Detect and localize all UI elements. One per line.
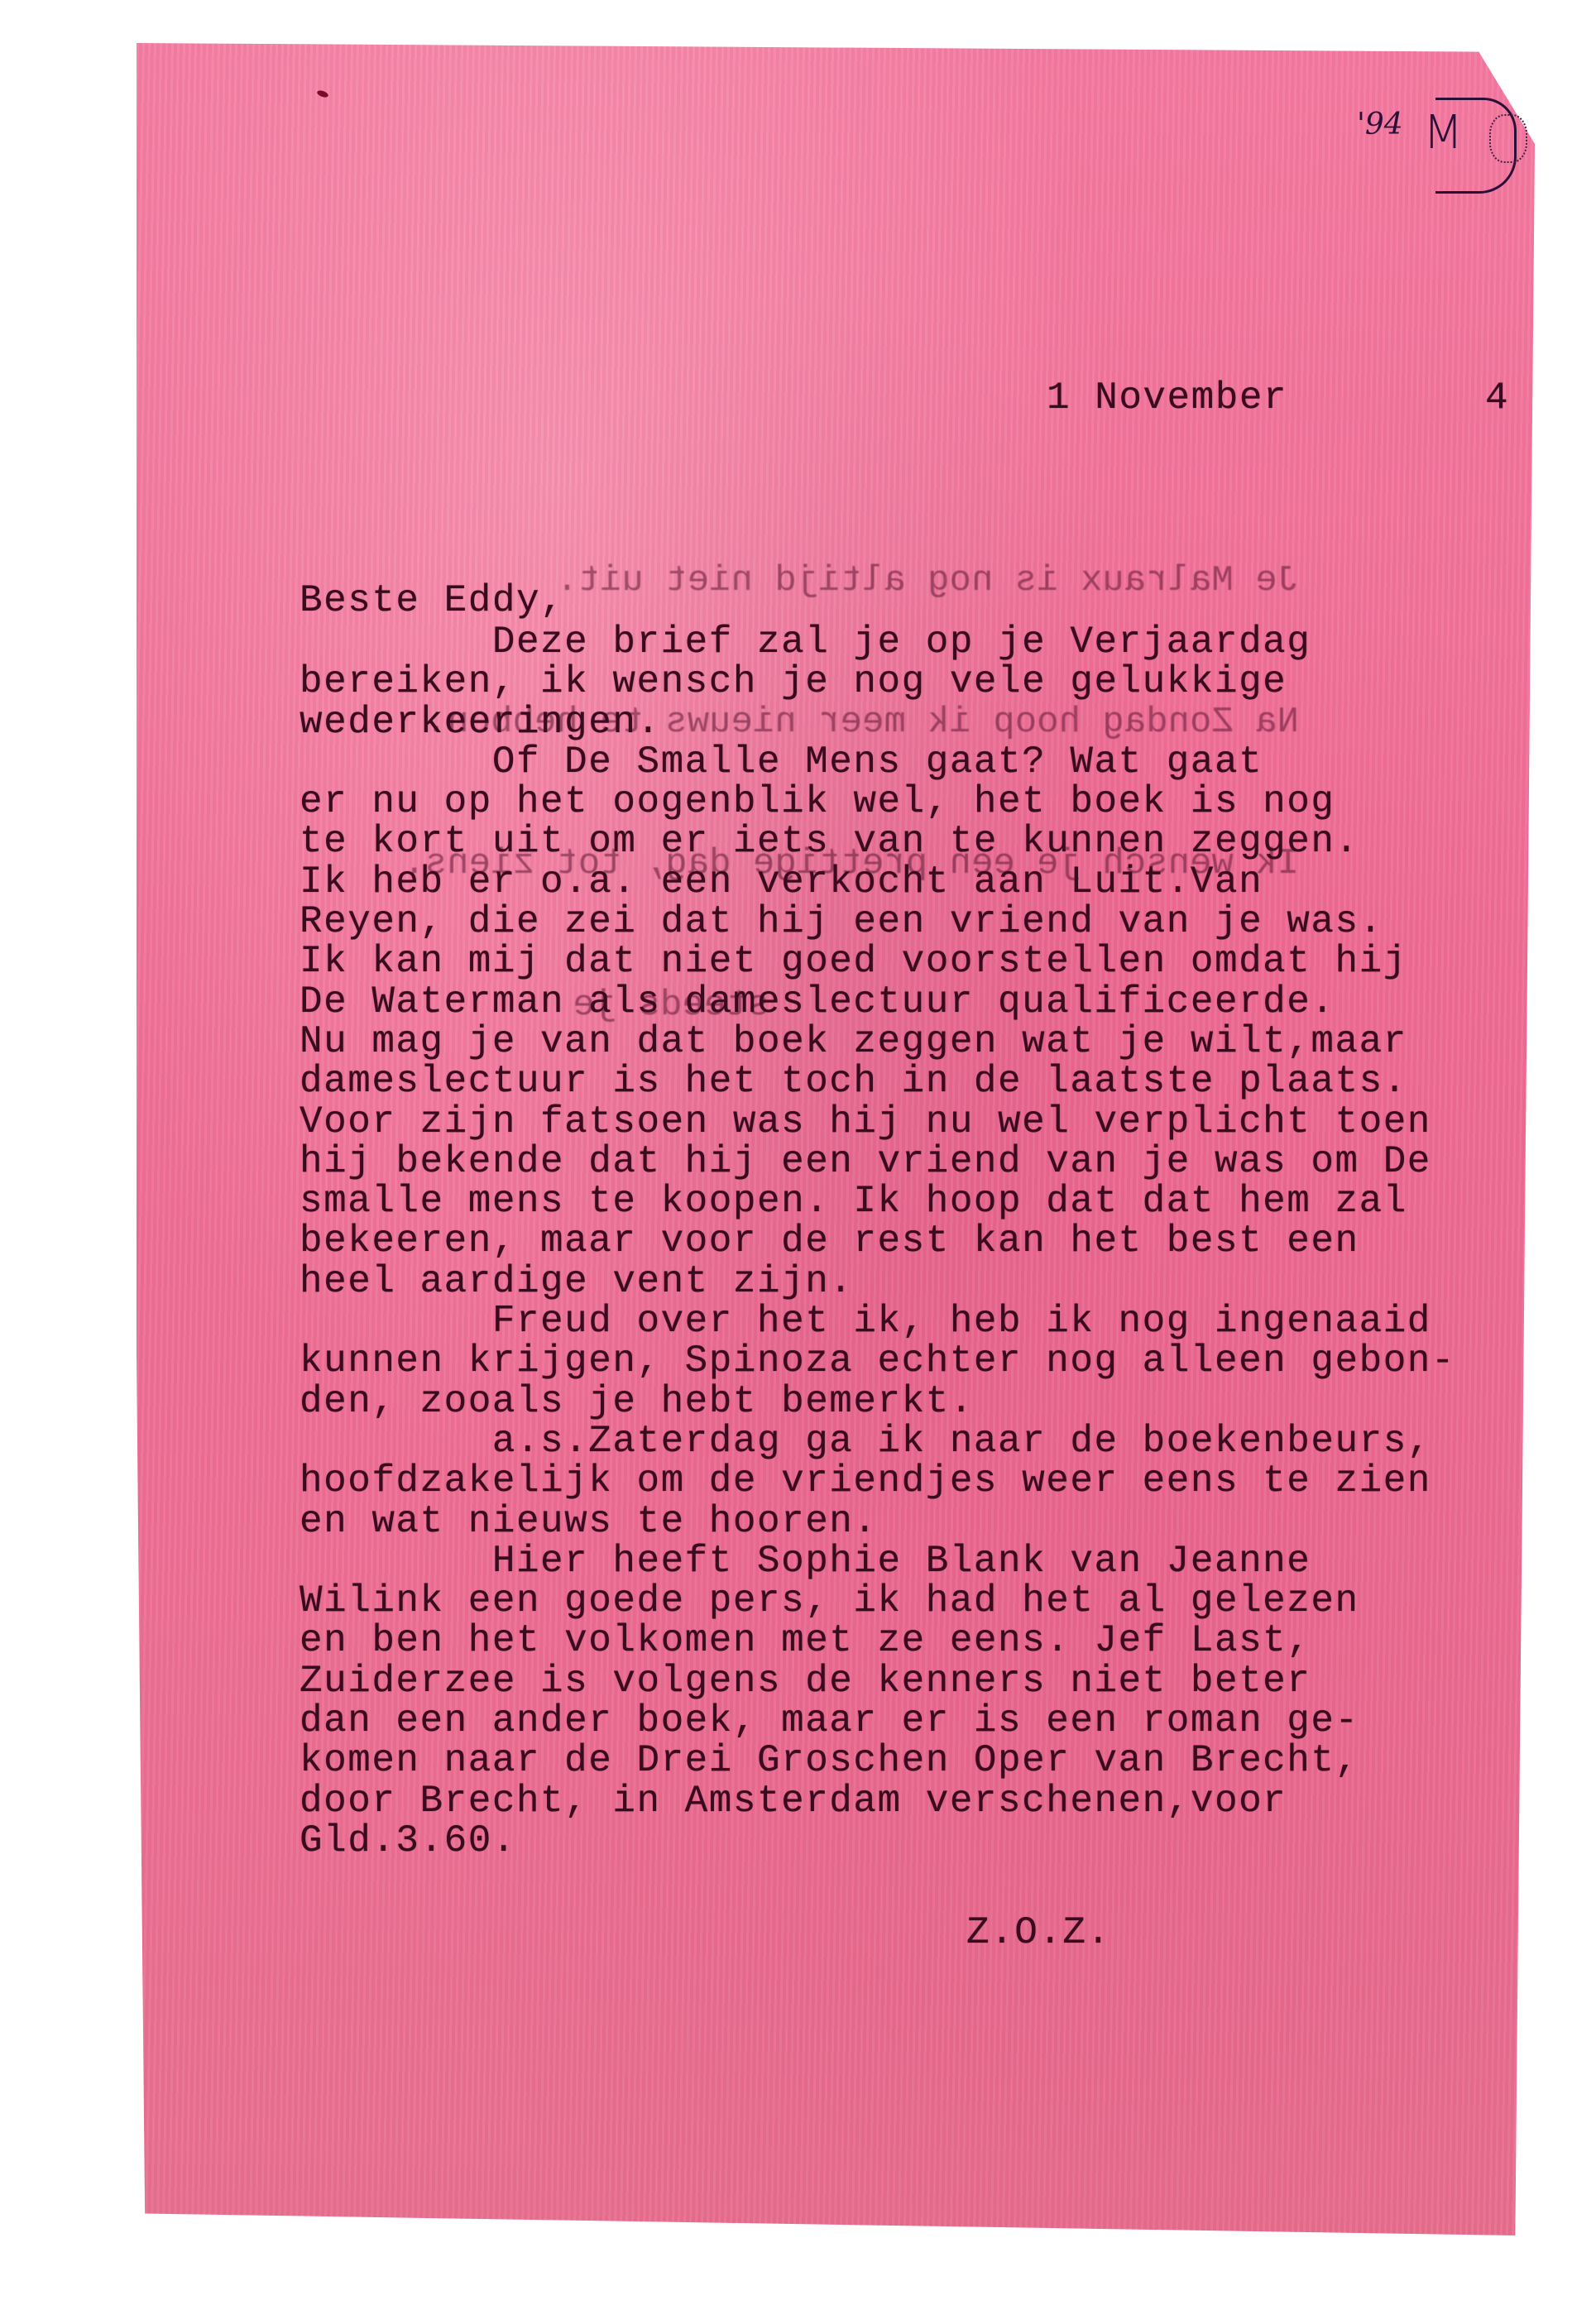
body-line: Ik kan mij dat niet goed voorstellen omd…	[300, 942, 1455, 981]
body-line: hij bekende dat hij een vriend van je wa…	[300, 1142, 1455, 1181]
lion-stamp-icon	[1489, 114, 1527, 163]
body-line: Deze brief zal je op je Verjaardag	[300, 622, 1455, 662]
body-line: te kort uit om er iets van te kunnen zeg…	[300, 822, 1455, 861]
body-line: Freud over het ik, heb ik nog ingenaaid	[300, 1301, 1455, 1341]
salutation: Beste Eddy,	[300, 579, 564, 622]
body-line: Ik heb er o.a. een verkocht aan Luit.Van	[300, 862, 1455, 902]
letter-body: Deze brief zal je op je Verjaardagbereik…	[300, 622, 1455, 1861]
body-line: Nu mag je van dat boek zeggen wat je wil…	[300, 1022, 1455, 1061]
body-line: en wat nieuws te hooren.	[300, 1502, 1455, 1541]
body-line: er nu op het oogenblik wel, het boek is …	[300, 782, 1455, 822]
archive-annotation: '94 M	[1357, 98, 1522, 189]
body-line: den, zooals je hebt bemerkt.	[300, 1382, 1455, 1421]
body-line: door Brecht, in Amsterdam verschenen,voo…	[300, 1781, 1455, 1821]
body-line: en ben het volkomen met ze eens. Jef Las…	[300, 1621, 1455, 1660]
body-line: Hier heeft Sophie Blank van Jeanne	[300, 1541, 1455, 1581]
body-line: Wilink een goede pers, ik had het al gel…	[300, 1581, 1455, 1621]
body-line: bekeeren, maar voor de rest kan het best…	[300, 1221, 1455, 1261]
body-line: Reyen, die zei dat hij een vriend van je…	[300, 902, 1455, 942]
monogram: M	[1423, 106, 1463, 160]
body-line: dan een ander boek, maar er is een roman…	[300, 1701, 1455, 1741]
body-line: kunnen krijgen, Spinoza echter nog allee…	[300, 1341, 1455, 1381]
body-line: smalle mens te koopen. Ik hoop dat dat h…	[300, 1181, 1455, 1221]
body-line: Of De Smalle Mens gaat? Wat gaat	[300, 742, 1455, 782]
handwritten-number: '94	[1357, 108, 1403, 141]
turn-over-note: Z.O.Z.	[966, 1911, 1111, 1954]
body-line: Gld.3.60.	[300, 1821, 1455, 1861]
body-line: Voor zijn fatsoen was hij nu wel verplic…	[300, 1102, 1455, 1142]
body-line: heel aardige vent zijn.	[300, 1262, 1455, 1301]
page-number: 4	[1485, 376, 1509, 419]
body-line: wederkeeringen.	[300, 702, 1455, 742]
body-line: dameslectuur is het toch in de laatste p…	[300, 1061, 1455, 1101]
body-line: Zuiderzee is volgens de kenners niet bet…	[300, 1661, 1455, 1701]
body-line: hoofdzakelijk om de vriendjes weer eens …	[300, 1461, 1455, 1501]
body-line: bereiken, ik wensch je nog vele gelukkig…	[300, 662, 1455, 702]
body-line: a.s.Zaterdag ga ik naar de boekenbeurs,	[300, 1421, 1455, 1461]
body-line: De Waterman als dameslectuur qualificeer…	[300, 982, 1455, 1022]
letter-date: 1 November	[1047, 376, 1287, 419]
body-line: komen naar de Drei Groschen Oper van Bre…	[300, 1741, 1455, 1780]
